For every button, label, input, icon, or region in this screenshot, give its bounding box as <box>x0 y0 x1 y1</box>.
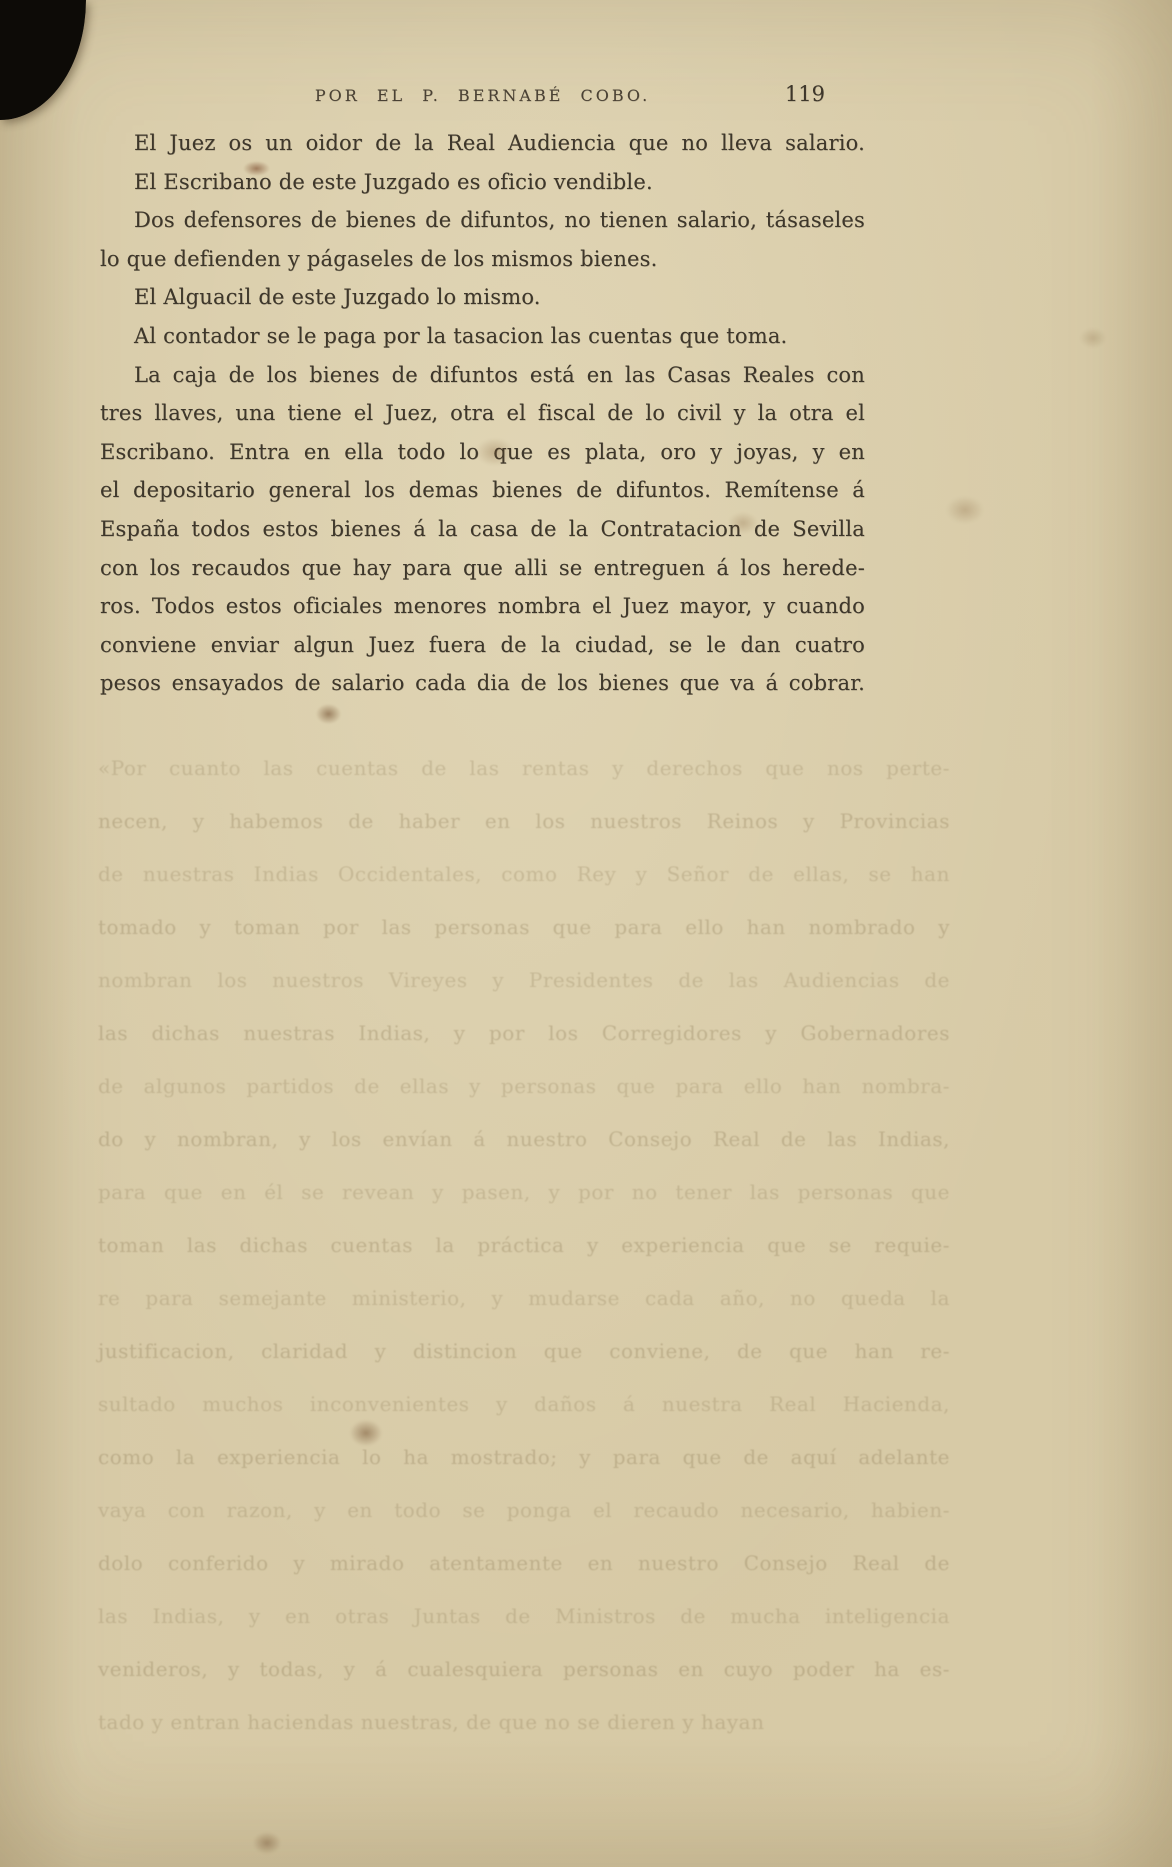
text-line: El Escribano de este Juzgado es oficio v… <box>100 163 865 202</box>
text-line: pesos ensayados de salario cada dia de l… <box>100 664 865 703</box>
paper-stain <box>1080 328 1106 348</box>
paper-stain <box>946 496 984 524</box>
text-line: Escribano. Entra en ella todo lo que es … <box>100 433 865 472</box>
bleedthrough-line: de nuestras Indias Occidentales, como Re… <box>98 848 950 901</box>
text-line: ros. Todos estos oficiales menores nombr… <box>100 587 865 626</box>
text-line: con los recaudos que hay para que alli s… <box>100 549 865 588</box>
bleedthrough-text: «Por cuanto las cuentas de las rentas y … <box>98 742 950 1749</box>
text-line: La caja de los bienes de difuntos está e… <box>100 356 865 395</box>
bleedthrough-line: dolo conferido y mirado atentamente en n… <box>98 1537 950 1590</box>
paper-stain <box>316 704 341 724</box>
page-number: 119 <box>785 82 825 106</box>
text-line: Al contador se le paga por la tasacion l… <box>100 317 865 356</box>
bleedthrough-line: nombran los nuestros Vireyes y President… <box>98 954 950 1007</box>
bleedthrough-line: re para semejante ministerio, y mudarse … <box>98 1272 950 1325</box>
text-line: el depositario general los demas bienes … <box>100 471 865 510</box>
bleedthrough-line: de algunos partidos de ellas y personas … <box>98 1060 950 1113</box>
bleedthrough-line: necen, y habemos de haber en los nuestro… <box>98 795 950 848</box>
bleedthrough-line: venideros, y todas, y á cualesquiera per… <box>98 1643 950 1696</box>
text-line: Dos defensores de bienes de difuntos, no… <box>100 201 865 240</box>
bleedthrough-line: tado y entran haciendas nuestras, de que… <box>98 1696 950 1749</box>
bleedthrough-line: vaya con razon, y en todo se ponga el re… <box>98 1484 950 1537</box>
bleedthrough-line: como la experiencia lo ha mostrado; y pa… <box>98 1431 950 1484</box>
bleedthrough-line: do y nombran, y los envían á nuestro Con… <box>98 1113 950 1166</box>
text-line: El Juez os un oidor de la Real Audiencia… <box>100 124 865 163</box>
running-title: POR EL P. BERNABÉ COBO. <box>100 86 865 105</box>
text-line: tres llaves, una tiene el Juez, otra el … <box>100 394 865 433</box>
bleedthrough-line: sultado muchos inconvenientes y daños á … <box>98 1378 950 1431</box>
text-line: conviene enviar algun Juez fuera de la c… <box>100 626 865 665</box>
bleedthrough-line: «Por cuanto las cuentas de las rentas y … <box>98 742 950 795</box>
paper-stain <box>253 1832 281 1854</box>
bleedthrough-line: tomado y toman por las personas que para… <box>98 901 950 954</box>
text-line: lo que defienden y págaseles de los mism… <box>100 240 865 279</box>
text-line: España todos estos bienes á la casa de l… <box>100 510 865 549</box>
book-page: POR EL P. BERNABÉ COBO. 119 El Juez os u… <box>0 0 1172 1867</box>
scan-corner-artifact <box>0 0 86 120</box>
page-header: POR EL P. BERNABÉ COBO. 119 <box>100 82 865 110</box>
bleedthrough-line: las dichas nuestras Indias, y por los Co… <box>98 1007 950 1060</box>
bleedthrough-line: las Indias, y en otras Juntas de Ministr… <box>98 1590 950 1643</box>
bleedthrough-line: justificacion, claridad y distincion que… <box>98 1325 950 1378</box>
bleedthrough-line: para que en él se revean y pasen, y por … <box>98 1166 950 1219</box>
text-line: El Alguacil de este Juzgado lo mismo. <box>100 278 865 317</box>
bleedthrough-line: toman las dichas cuentas la práctica y e… <box>98 1219 950 1272</box>
body-text: El Juez os un oidor de la Real Audiencia… <box>100 124 865 703</box>
